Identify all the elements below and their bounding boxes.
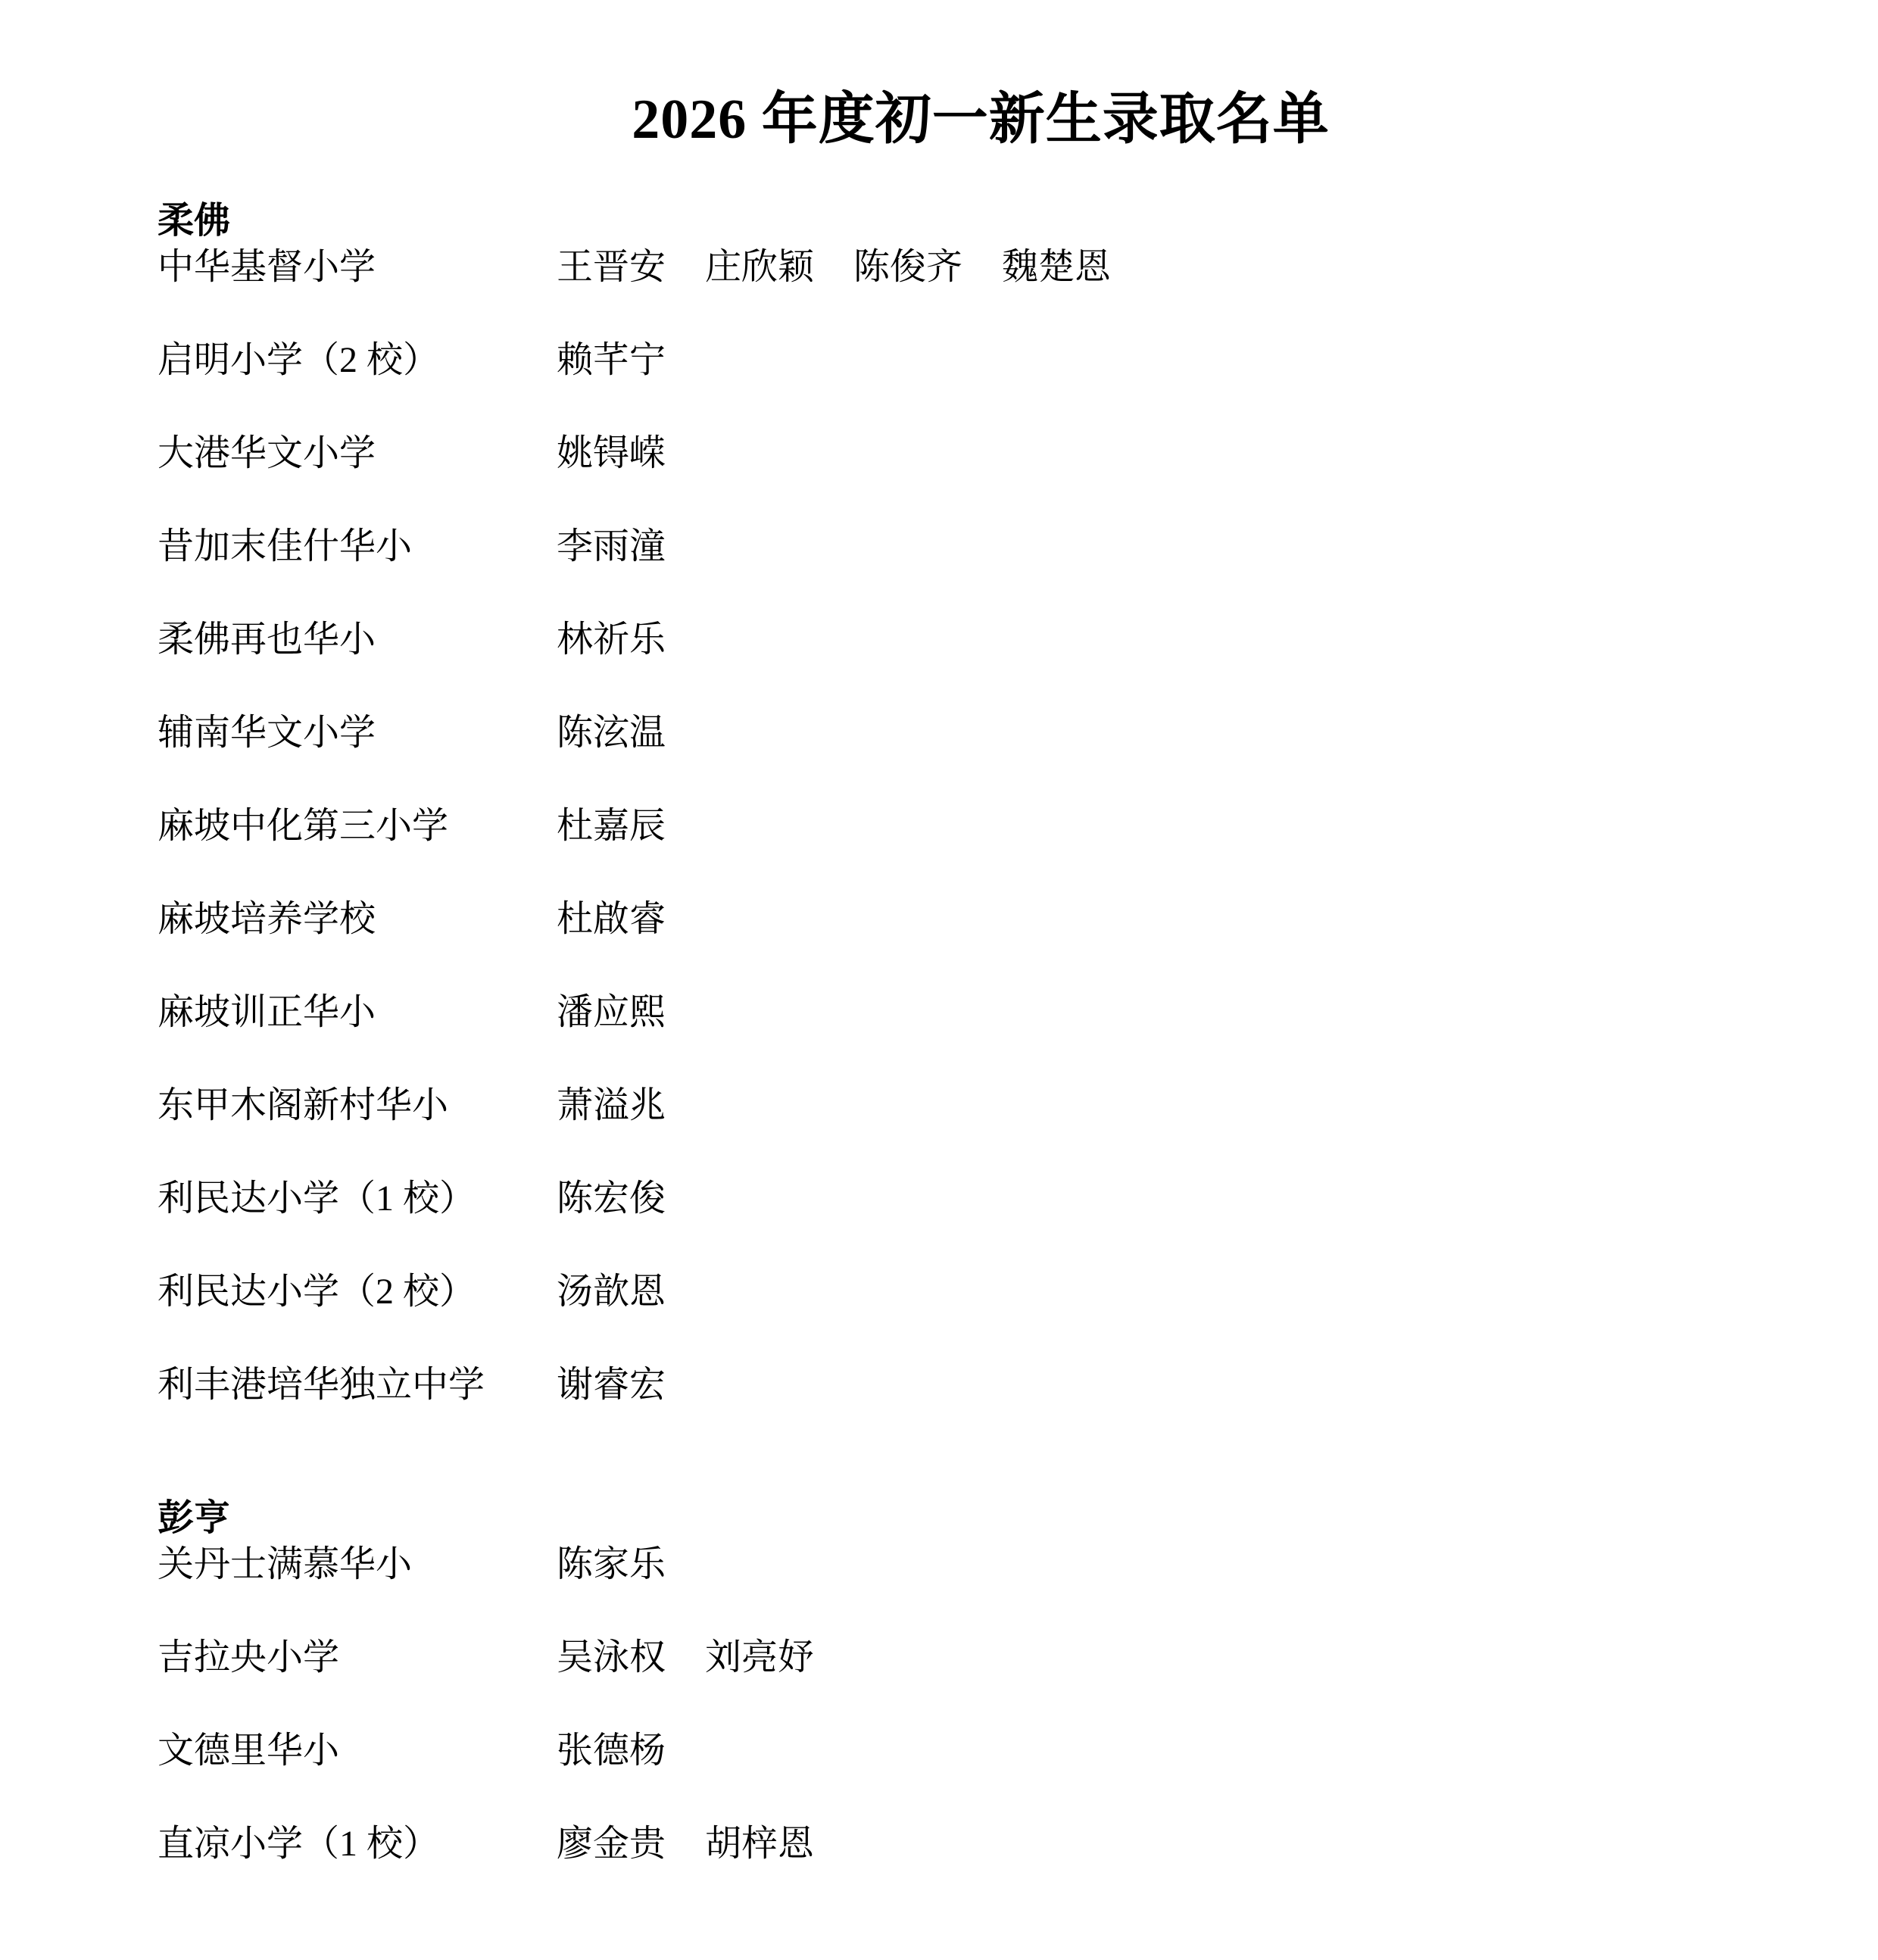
school-name: 中华基督小学	[158, 244, 557, 291]
student-names: 杜嘉辰	[557, 803, 705, 850]
student-name: 陈家乐	[557, 1541, 666, 1588]
student-name: 陈俊齐	[853, 244, 962, 291]
school-name: 东甲木阁新村华小	[158, 1082, 557, 1129]
list-item: 大港华文小学 姚锝嵘	[158, 430, 1748, 523]
student-names: 李雨潼	[557, 523, 705, 570]
list-item: 麻坡训正华小 潘应熙	[158, 989, 1748, 1082]
student-name: 陈宏俊	[557, 1175, 666, 1222]
student-name: 王晋安	[557, 244, 666, 291]
student-name: 李雨潼	[557, 523, 666, 570]
student-names: 赖芊宁	[557, 337, 705, 384]
list-item: 麻坡培养学校 杜啟睿	[158, 896, 1748, 989]
list-item: 文德里华小 张德杨	[158, 1727, 1748, 1821]
school-name: 大港华文小学	[158, 430, 557, 477]
student-name: 陈泫温	[557, 710, 666, 757]
list-item: 东甲木阁新村华小 萧溢兆	[158, 1082, 1748, 1175]
student-names: 萧溢兆	[557, 1082, 705, 1129]
student-name: 赖芊宁	[557, 337, 666, 384]
student-names: 汤歆恩	[557, 1269, 705, 1316]
student-name: 魏楚恩	[1002, 244, 1111, 291]
school-name: 利丰港培华独立中学	[158, 1362, 557, 1409]
student-name: 林祈乐	[557, 616, 666, 663]
student-name: 胡梓恩	[705, 1821, 814, 1868]
school-name: 吉拉央小学	[158, 1634, 557, 1681]
school-name: 麻坡训正华小	[158, 989, 557, 1036]
list-item: 麻坡中化第三小学 杜嘉辰	[158, 803, 1748, 896]
student-name: 庄欣颖	[705, 244, 814, 291]
school-name: 麻坡培养学校	[158, 896, 557, 943]
student-names: 林祈乐	[557, 616, 705, 663]
document-title: 2026 年度初一新生录取名单	[0, 82, 1878, 158]
section-heading: 彭亨	[158, 1496, 1748, 1541]
list-item: 启明小学（2 校） 赖芊宁	[158, 337, 1748, 430]
student-name: 杜嘉辰	[557, 803, 666, 850]
student-name: 汤歆恩	[557, 1269, 666, 1316]
list-item: 柔佛再也华小 林祈乐	[158, 616, 1748, 710]
school-name: 文德里华小	[158, 1727, 557, 1774]
student-names: 杜啟睿	[557, 896, 705, 943]
student-names: 陈泫温	[557, 710, 705, 757]
student-names: 陈宏俊	[557, 1175, 705, 1222]
list-item: 昔加末佳什华小 李雨潼	[158, 523, 1748, 616]
list-item: 利丰港培华独立中学 谢睿宏	[158, 1362, 1748, 1455]
school-name: 直凉小学（1 校）	[158, 1821, 557, 1868]
school-name: 辅南华文小学	[158, 710, 557, 757]
student-name: 杜啟睿	[557, 896, 666, 943]
list-item: 关丹士满慕华小 陈家乐	[158, 1541, 1748, 1634]
student-name: 谢睿宏	[557, 1362, 666, 1409]
list-item: 利民达小学（2 校） 汤歆恩	[158, 1269, 1748, 1362]
student-name: 姚锝嵘	[557, 430, 666, 477]
school-name: 利民达小学（1 校）	[158, 1175, 557, 1222]
school-name: 关丹士满慕华小	[158, 1541, 557, 1588]
school-name: 麻坡中化第三小学	[158, 803, 557, 850]
student-names: 姚锝嵘	[557, 430, 705, 477]
student-names: 潘应熙	[557, 989, 705, 1036]
school-name: 利民达小学（2 校）	[158, 1269, 557, 1316]
student-names: 谢睿宏	[557, 1362, 705, 1409]
list-item: 吉拉央小学 吴泳权 刘亮妤	[158, 1634, 1748, 1727]
section-heading: 柔佛	[158, 198, 1748, 244]
student-names: 吴泳权 刘亮妤	[557, 1634, 853, 1681]
section-pahang: 彭亨 关丹士满慕华小 陈家乐 吉拉央小学 吴泳权 刘亮妤 文德里华小 张德杨 直…	[158, 1496, 1748, 1914]
student-name: 潘应熙	[557, 989, 666, 1036]
list-item: 中华基督小学 王晋安 庄欣颖 陈俊齐 魏楚恩	[158, 244, 1748, 337]
student-names: 张德杨	[557, 1727, 705, 1774]
student-names: 王晋安 庄欣颖 陈俊齐 魏楚恩	[557, 244, 1150, 291]
student-names: 廖金贵 胡梓恩	[557, 1821, 853, 1868]
student-name: 刘亮妤	[705, 1634, 814, 1681]
student-name: 廖金贵	[557, 1821, 666, 1868]
student-name: 萧溢兆	[557, 1082, 666, 1129]
student-names: 陈家乐	[557, 1541, 705, 1588]
school-name: 启明小学（2 校）	[158, 337, 557, 384]
school-name: 柔佛再也华小	[158, 616, 557, 663]
student-name: 张德杨	[557, 1727, 666, 1774]
list-item: 直凉小学（1 校） 廖金贵 胡梓恩	[158, 1821, 1748, 1914]
student-name: 吴泳权	[557, 1634, 666, 1681]
document-page: 2026 年度初一新生录取名单 柔佛 中华基督小学 王晋安 庄欣颖 陈俊齐 魏楚…	[0, 0, 1878, 1960]
list-item: 辅南华文小学 陈泫温	[158, 710, 1748, 803]
list-item: 利民达小学（1 校） 陈宏俊	[158, 1175, 1748, 1269]
school-name: 昔加末佳什华小	[158, 523, 557, 570]
section-johor: 柔佛 中华基督小学 王晋安 庄欣颖 陈俊齐 魏楚恩 启明小学（2 校） 赖芊宁 …	[158, 198, 1748, 1455]
